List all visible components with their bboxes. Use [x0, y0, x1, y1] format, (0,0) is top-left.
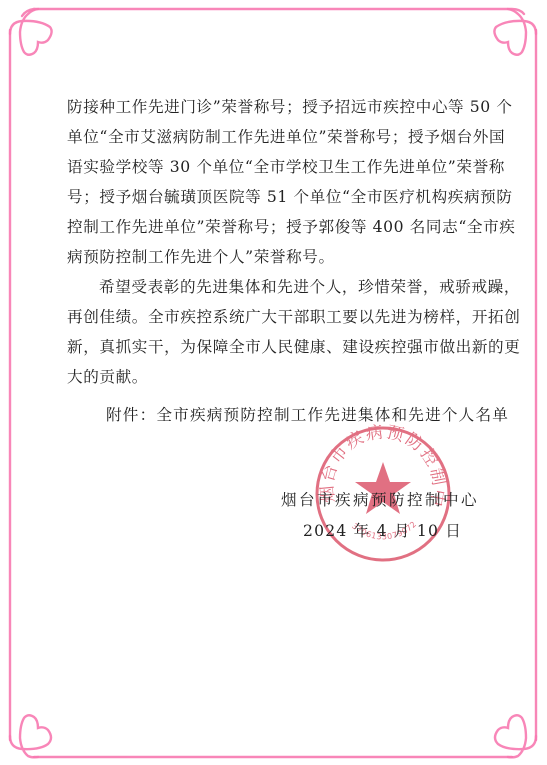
body-line: 防接种工作先进门诊”荣誉称号；授予招远市疾控中心等 50 个	[67, 92, 487, 122]
body-line: 语实验学校等 30 个单位“全市学校卫生工作先进单位”荣誉称	[67, 152, 487, 182]
document-body: 防接种工作先进门诊”荣誉称号；授予招远市疾控中心等 50 个 单位“全市艾滋病防…	[67, 92, 487, 392]
body-line: 号；授予烟台毓璜顶医院等 51 个单位“全市医疗机构疾病预防	[67, 182, 487, 212]
attachment-note: 附件：全市疾病预防控制工作先进集体和先进个人名单	[106, 400, 509, 430]
body-line: 控制工作先进单位”荣誉称号；授予郭俊等 400 名同志“全市疾	[67, 212, 487, 242]
heart-icon-top-right	[494, 9, 536, 55]
signature-organization: 烟台市疾病预防控制中心	[281, 487, 479, 513]
body-line: 单位“全市艾滋病防制工作先进单位”荣誉称号；授予烟台外国	[67, 122, 487, 152]
heart-icon-bottom-right	[495, 715, 536, 757]
heart-icon-bottom-left	[10, 715, 51, 757]
closing-line: 新，真抓实干，为保障全市人民健康、建设疾控强市做出新的更	[67, 332, 487, 362]
signature-date: 2024 年 4 月 10 日	[303, 518, 462, 544]
heart-icon-top-left	[10, 9, 52, 55]
closing-line: 大的贡献。	[67, 362, 487, 392]
closing-line: 再创佳绩。全市疾控系统广大干部职工要以先进为榜样，开拓创	[67, 302, 487, 332]
body-line: 病预防控制工作先进个人”荣誉称号。	[67, 242, 487, 272]
closing-line: 希望受表彰的先进集体和先进个人，珍惜荣誉，戒骄戒躁，	[67, 272, 487, 302]
